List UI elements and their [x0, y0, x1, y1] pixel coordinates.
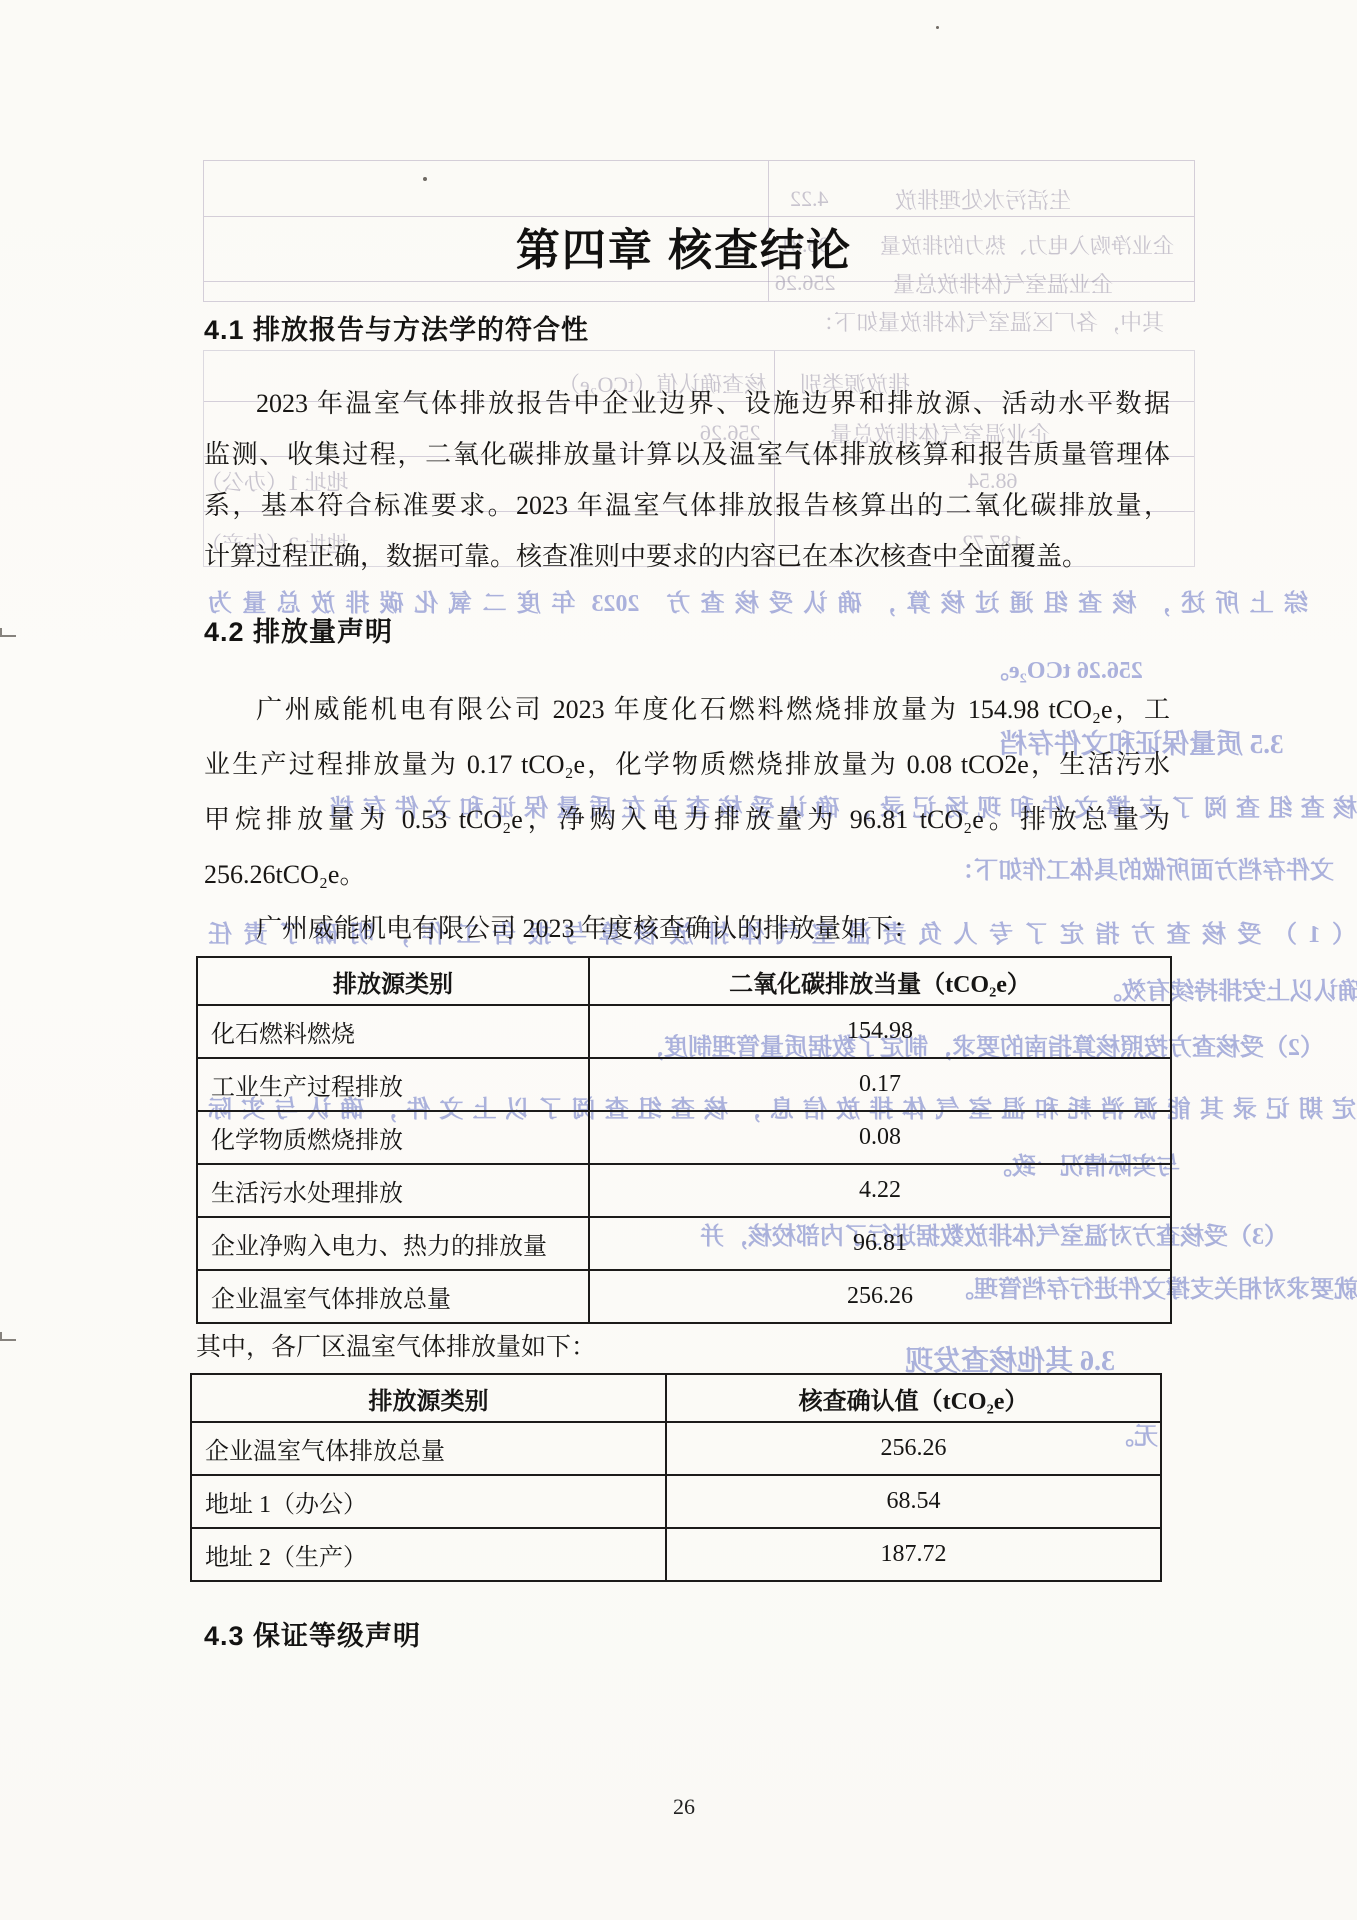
emission-source-cell: 化学物质燃烧排放 — [197, 1111, 589, 1164]
table-row: 企业温室气体排放总量256.26 — [191, 1422, 1161, 1475]
emissions-summary-table: 排放源类别二氧化碳排放当量（tCO₂e）化石燃料燃烧154.98工业生产过程排放… — [196, 956, 1172, 1324]
emission-source-cell: 地址 2（生产） — [191, 1528, 666, 1581]
emission-source-cell: 企业净购入电力、热力的排放量 — [197, 1217, 589, 1270]
table-row: 企业温室气体排放总量256.26 — [197, 1270, 1171, 1323]
emission-value-cell: 68.54 — [666, 1475, 1161, 1528]
table-row: 化石燃料燃烧154.98 — [197, 1005, 1171, 1058]
emission-source-cell: 生活污水处理排放 — [197, 1164, 589, 1217]
emission-source-cell: 地址 1（办公） — [191, 1475, 666, 1528]
paragraph-line: 业生产过程排放量为 0.17 tCO₂e，化学物质燃烧排放量为 0.08 tCO… — [204, 737, 1170, 792]
scan-artifact — [0, 628, 16, 637]
column-header: 排放源类别 — [197, 957, 589, 1005]
column-header: 二氧化碳排放当量（tCO₂e） — [589, 957, 1171, 1005]
table-row: 化学物质燃烧排放0.08 — [197, 1111, 1171, 1164]
chapter-title: 第四章 核查结论 — [196, 214, 1172, 278]
table-row: 地址 2（生产）187.72 — [191, 1528, 1161, 1581]
emission-value-cell: 96.81 — [589, 1217, 1171, 1270]
paragraph-line: 计算过程正确，数据可靠。核查准则中要求的内容已在本次核查中全面覆盖。 — [204, 531, 1170, 582]
bleedthrough-text: 4.22 — [790, 186, 829, 212]
bleedthrough-text: 生活污水处理排放 — [895, 184, 1071, 215]
column-header: 排放源类别 — [191, 1374, 666, 1422]
paragraph-emissions-statement: 广州威能机电有限公司 2023 年度化石燃料燃烧排放量为 154.98 tCO₂… — [204, 682, 1170, 902]
paragraph-line: 广州威能机电有限公司 2023 年度核查确认的排放量如下： — [204, 908, 1170, 950]
section-heading-4-3: 4.3 保证等级声明 — [204, 1614, 421, 1653]
section-heading-4-2: 4.2 排放量声明 — [204, 610, 393, 649]
emission-value-cell: 154.98 — [589, 1005, 1171, 1058]
table-header-row: 排放源类别二氧化碳排放当量（tCO₂e） — [197, 957, 1171, 1005]
emission-source-cell: 企业温室气体排放总量 — [191, 1422, 666, 1475]
section-heading-4-1: 4.1 排放报告与方法学的符合性 — [204, 308, 589, 347]
paragraph-line: 系，基本符合标准要求。2023 年温室气体排放报告核算出的二氧化碳排放量， — [204, 480, 1170, 531]
scan-artifact — [423, 177, 427, 181]
emission-value-cell: 256.26 — [666, 1422, 1161, 1475]
emission-value-cell: 0.08 — [589, 1111, 1171, 1164]
emission-source-cell: 企业温室气体排放总量 — [197, 1270, 589, 1323]
between-tables-text: 其中，各厂区温室气体排放量如下： — [196, 1330, 596, 1366]
site-emissions-table: 排放源类别核查确认值（tCO₂e）企业温室气体排放总量256.26地址 1（办公… — [190, 1373, 1162, 1582]
table-row: 工业生产过程排放0.17 — [197, 1058, 1171, 1111]
emission-value-cell: 0.17 — [589, 1058, 1171, 1111]
scan-artifact — [936, 26, 939, 29]
emission-source-cell: 化石燃料燃烧 — [197, 1005, 589, 1058]
table-row: 地址 1（办公）68.54 — [191, 1475, 1161, 1528]
paragraph-line: 广州威能机电有限公司 2023 年度化石燃料燃烧排放量为 154.98 tCO₂… — [204, 682, 1170, 737]
emission-value-cell: 4.22 — [589, 1164, 1171, 1217]
scan-artifact — [0, 1332, 16, 1341]
bleedthrough-text: 256.26 tCO₂e。 — [985, 650, 1143, 685]
table-intro-text: 广州威能机电有限公司 2023 年度核查确认的排放量如下： — [204, 908, 1170, 950]
page-number: 26 — [196, 1794, 1172, 1820]
paragraph-line: 甲烷排放量为 0.53 tCO₂e，净购入电力排放量为 96.81 tCO₂e。… — [204, 792, 1170, 847]
table-row: 企业净购入电力、热力的排放量96.81 — [197, 1217, 1171, 1270]
column-header: 核查确认值（tCO₂e） — [666, 1374, 1161, 1422]
paragraph-line: 256.26tCO₂e。 — [204, 847, 1170, 902]
emission-value-cell: 187.72 — [666, 1528, 1161, 1581]
paragraph-line: 2023 年温室气体排放报告中企业边界、设施边界和排放源、活动水平数据 — [204, 378, 1170, 429]
table-row: 生活污水处理排放4.22 — [197, 1164, 1171, 1217]
emission-value-cell: 256.26 — [589, 1270, 1171, 1323]
paragraph-line: 监测、收集过程，二氧化碳排放量计算以及温室气体排放核算和报告质量管理体 — [204, 429, 1170, 480]
scanned-report-page: 4.22生活污水处理排放96.81企业净购入电力、热力的排放量256.26企业温… — [0, 0, 1357, 1920]
bleedthrough-text: 其中，各厂区温室气体排放量如下： — [812, 306, 1164, 337]
emission-source-cell: 工业生产过程排放 — [197, 1058, 589, 1111]
table-header-row: 排放源类别核查确认值（tCO₂e） — [191, 1374, 1161, 1422]
paragraph-methodology-conformance: 2023 年温室气体排放报告中企业边界、设施边界和排放源、活动水平数据 监测、收… — [204, 378, 1170, 582]
